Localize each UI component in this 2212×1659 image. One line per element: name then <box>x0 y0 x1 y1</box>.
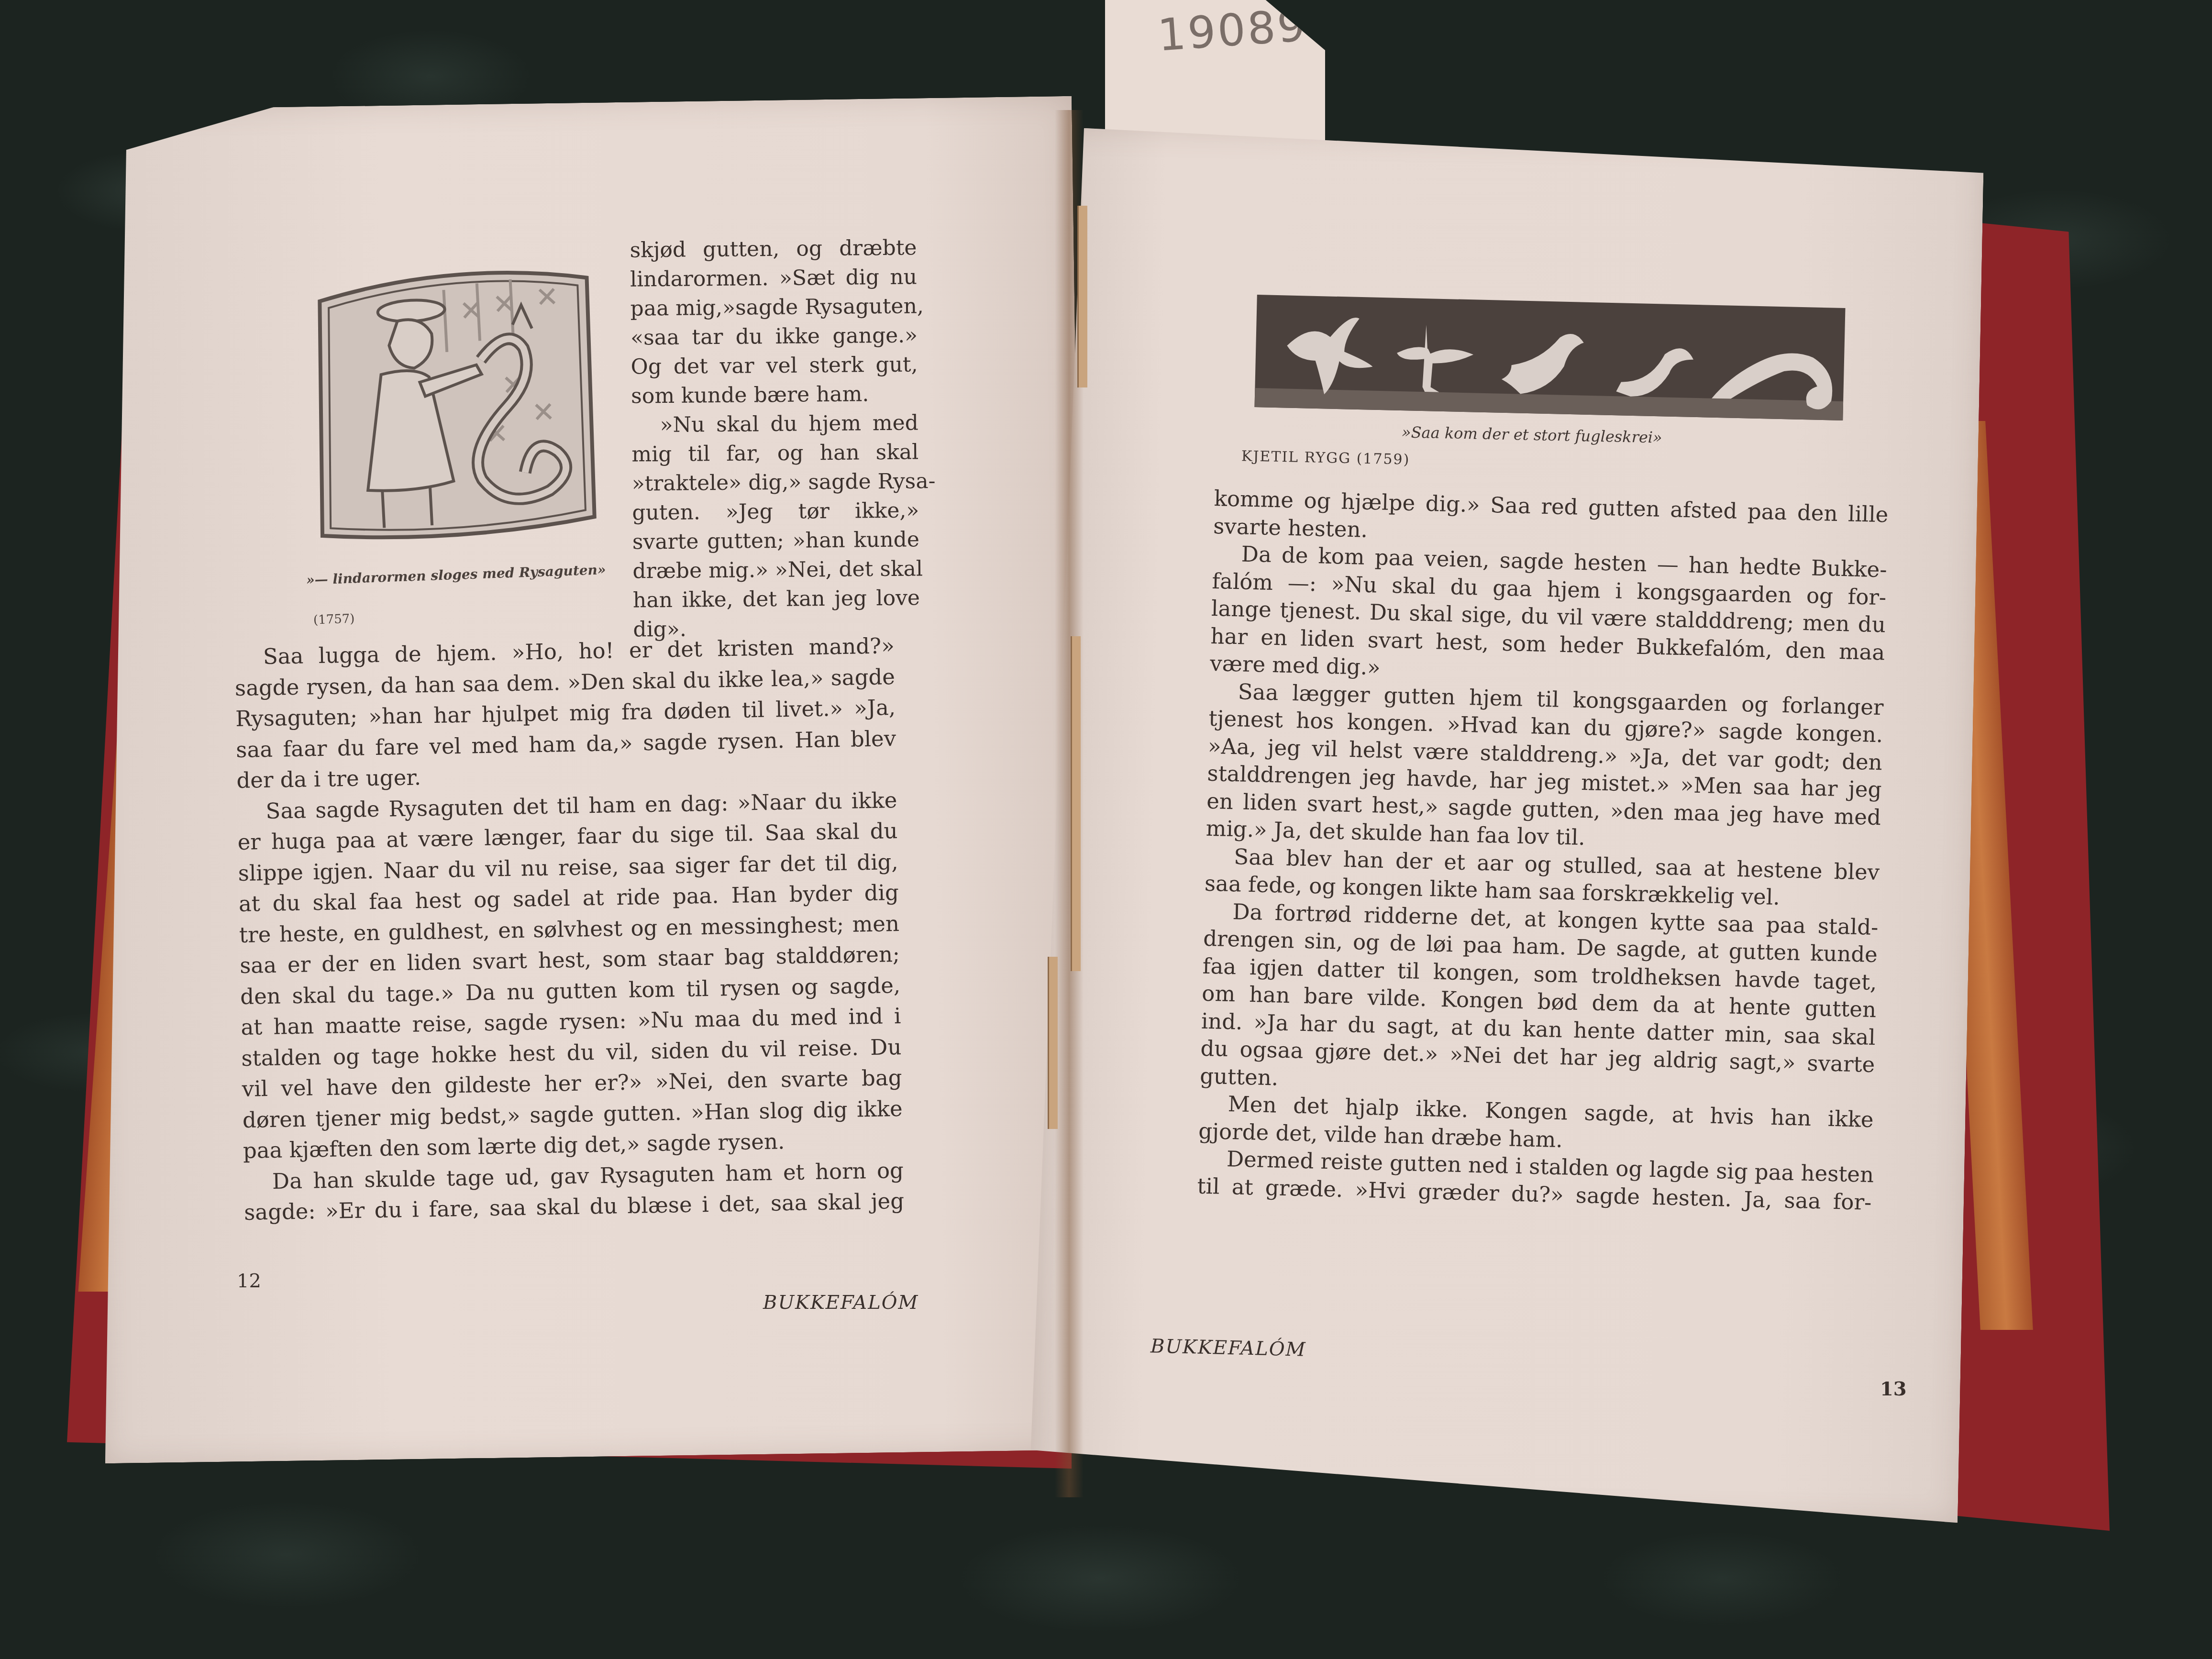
left-illustration-year: (1757) <box>313 612 355 628</box>
left-running-head: BUKKEFALÓM <box>763 1292 919 1314</box>
left-page-number: 12 <box>237 1270 261 1292</box>
left-wide-column: Saa lugga de hjem. »Ho, ho! er det krist… <box>234 630 904 1228</box>
text-line: lindarormen. »Sæt dig nu <box>630 262 918 294</box>
text-line: paa mig,»sagde Rysaguten, <box>630 291 918 323</box>
torn-binding <box>1077 206 1087 387</box>
text-line: skjød gutten, og dræbte <box>630 233 917 265</box>
right-illustration-artist: KJETIL RYGG (1759) <box>1241 448 1410 468</box>
text-line: Og det var vel sterk gut, <box>630 350 918 381</box>
man-and-serpent-illustration-icon <box>299 248 615 560</box>
text-line: mig til far, og han skal <box>631 437 919 469</box>
text-line: «saa tar du ikke gange.» <box>630 321 918 352</box>
text-line: »traktele» dig,» sagde Rysa- <box>632 466 919 498</box>
right-running-head: BUKKEFALÓM <box>1150 1335 1307 1360</box>
right-body-text: komme og hjælpe dig.» Saa red gutten afs… <box>1197 485 1889 1216</box>
torn-binding <box>1048 957 1058 1129</box>
text-line: »Nu skal du hjem med <box>631 408 918 440</box>
text-line: guten. »Jeg tør ikke,» <box>632 496 919 527</box>
bird-frieze-illustration-icon <box>1252 292 1847 423</box>
right-page-number: 13 <box>1880 1378 1907 1400</box>
torn-binding <box>1071 636 1081 971</box>
text-line: som kunde bære ham. <box>631 379 918 410</box>
text-line: han ikke, det kan jeg love <box>633 583 920 615</box>
left-narrow-column: skjød gutten, og dræbte lindarormen. »Sæ… <box>630 233 920 644</box>
text-line: dræbe mig.» »Nei, det skal <box>632 554 920 586</box>
text-line: svarte gutten; »han kunde <box>632 525 920 556</box>
